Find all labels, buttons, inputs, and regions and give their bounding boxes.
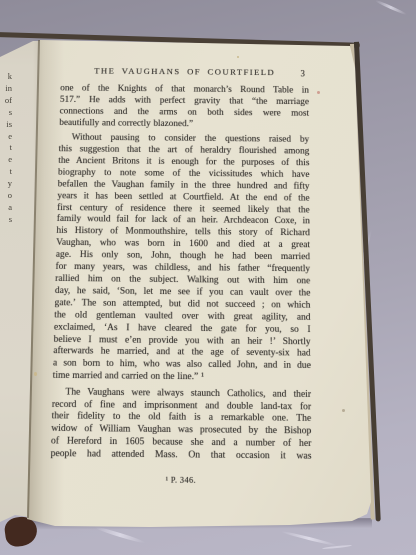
footnote: ¹ P. 346. — [50, 474, 312, 486]
text-fragment: e — [0, 154, 12, 166]
text-fragment: in — [0, 83, 12, 95]
foxing-spot — [34, 372, 37, 376]
text-line: people had attended Mass. On that occasi… — [50, 449, 311, 464]
text-fragment: e — [0, 131, 12, 143]
body-text: one of the Knights of that monarch’s Rou… — [50, 84, 311, 464]
text-fragment: t — [0, 166, 12, 178]
text-fragment: y — [0, 178, 12, 190]
text-fragment: k — [0, 71, 12, 83]
book-photo: kinofsisetetyoas THE VAUGHANS OF COURTFI… — [0, 0, 416, 555]
header-title: THE VAUGHANS OF COURTFIELD — [94, 66, 275, 77]
text-fragment: of — [0, 95, 12, 107]
foxing-spot — [317, 91, 320, 94]
left-page-text-fragments: kinofsisetetyoas — [0, 71, 12, 226]
text-fragment: t — [0, 142, 12, 154]
book-page: THE VAUGHANS OF COURTFIELD 3 one of the … — [0, 0, 416, 555]
scuff-mark — [322, 544, 352, 549]
text-fragment: s — [0, 214, 12, 226]
scuff-mark — [375, 0, 407, 15]
foxing-spot — [342, 409, 345, 412]
text-line: beautifully and correctly blazoned.” — [59, 118, 309, 132]
text-fragment: o — [0, 190, 12, 202]
text-fragment: s — [0, 107, 12, 119]
text-fragment: is — [0, 119, 12, 131]
scuff-mark — [280, 530, 337, 547]
page-number: 3 — [300, 68, 304, 78]
running-header: THE VAUGHANS OF COURTFIELD 3 — [61, 65, 309, 79]
page-text: THE VAUGHANS OF COURTFIELD 3 one of the … — [50, 65, 312, 486]
text-fragment: a — [0, 202, 12, 214]
foxing-spot — [237, 56, 239, 58]
text-line: time married and carried on the line.” ¹ — [52, 371, 310, 386]
